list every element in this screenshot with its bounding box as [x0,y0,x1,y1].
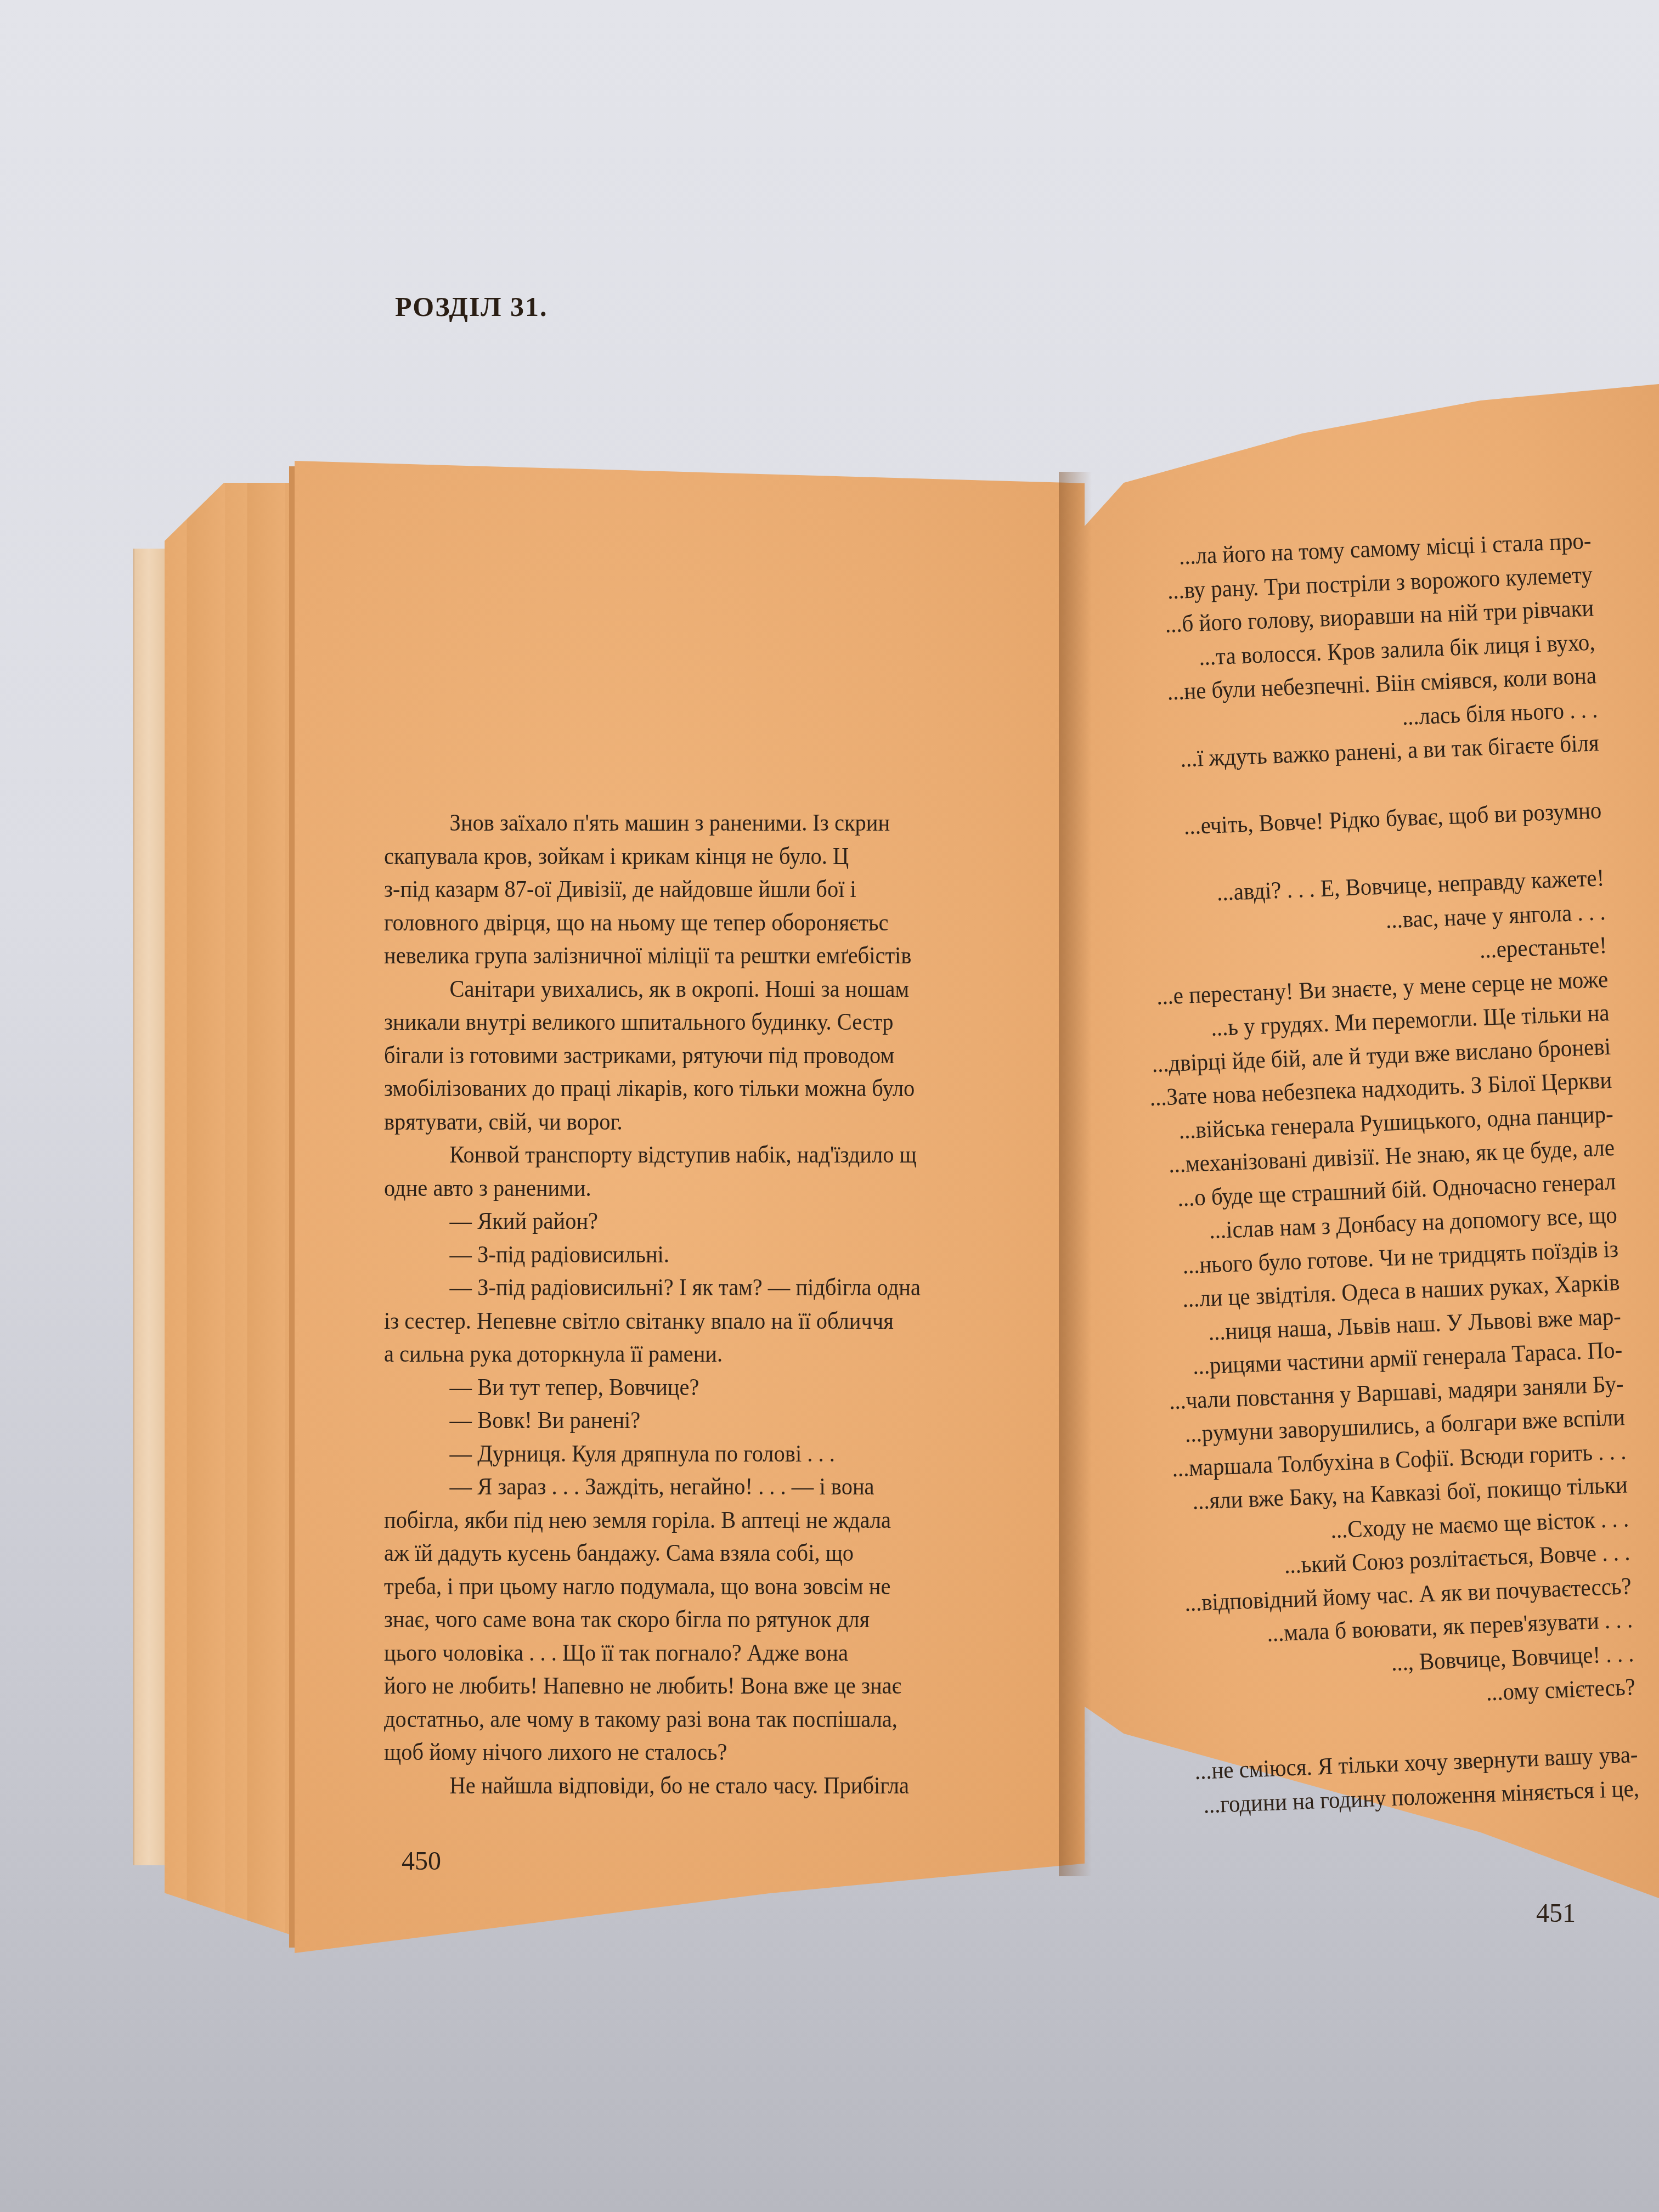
text-line: Не найшла відповіди, бо не стало часу. П… [384,1769,1040,1803]
text-line: — Який район? [384,1205,1040,1238]
text-line: аж їй дадуть кусень бандажу. Сама взяла … [384,1537,1040,1570]
text-line: його не любить! Напевно не любить! Вона … [384,1669,1040,1703]
text-line: врятувати, свій, чи ворог. [384,1105,1040,1139]
text-line: невелика група залізничної міліції та ре… [384,939,1040,973]
spine-shadow [1059,472,1092,1876]
text-line: — З-під радіовисильні? І як там? — підбі… [384,1271,1040,1305]
text-line: Конвой транспорту відступив набік, над'ї… [384,1138,1040,1172]
text-line: — Я зараз . . . Заждіть, негайно! . . . … [384,1470,1040,1504]
text-line: зникали внутрі великого шпитального буди… [384,1006,1040,1039]
text-line: змобілізованих до праці лікарів, кого ті… [384,1072,1040,1105]
text-line: — З-під радіовисильні. [384,1238,1040,1272]
left-page-text: Знов заїхало п'ять машин з раненими. Із … [384,806,1040,1802]
text-line: треба, і при цьому нагло подумала, що во… [384,1570,1040,1604]
text-line: бігали із готовими застриками, рятуючи п… [384,1039,1040,1073]
text-line: знає, чого саме вона так скоро бігла по … [384,1603,1040,1637]
photo-scene: РОЗДІЛ 31. Знов заїхало п'ять машин з ра… [0,0,1659,2212]
page-number-right: 451 [1536,1898,1576,1928]
text-line: достатньо, але чому в такому разі вона т… [384,1703,1040,1736]
page-stack-gutter [289,466,295,1948]
text-line: із сестер. Непевне світло світанку впало… [384,1305,1040,1338]
text-line: — Вовк! Ви ранені? [384,1404,1040,1437]
text-line: Знов заїхало п'ять машин з раненими. Із … [384,806,1040,840]
text-line: побігла, якби під нею земля горіла. В ап… [384,1504,1040,1537]
text-line: скапувала кров, зойкам і крикам кінця не… [384,840,1040,873]
back-cover-edge [133,549,166,1865]
right-page-text: ...ла його на тому самому місці і стала … [1116,521,1659,1823]
text-line: з-під казарм 87-ої Дивізії, де найдовше … [384,873,1040,906]
text-line: щоб йому нічого лихого не сталось? [384,1736,1040,1769]
text-line: — Дурниця. Куля дряпнула по голові . . . [384,1437,1040,1471]
text-line: головного двірця, що на ньому ще тепер о… [384,906,1040,940]
text-line: Санітари увихались, як в окропі. Ноші за… [384,973,1040,1006]
text-line: одне авто з раненими. [384,1172,1040,1205]
text-line: цього чоловіка . . . Що її так погнало? … [384,1637,1040,1670]
chapter-title: РОЗДІЛ 31. [395,291,669,323]
text-line: а сильна рука доторкнула її рамени. [384,1338,1040,1371]
page-stack-edge [165,483,296,1937]
text-line: — Ви тут тепер, Вовчице? [384,1371,1040,1404]
page-number-left: 450 [402,1846,441,1876]
